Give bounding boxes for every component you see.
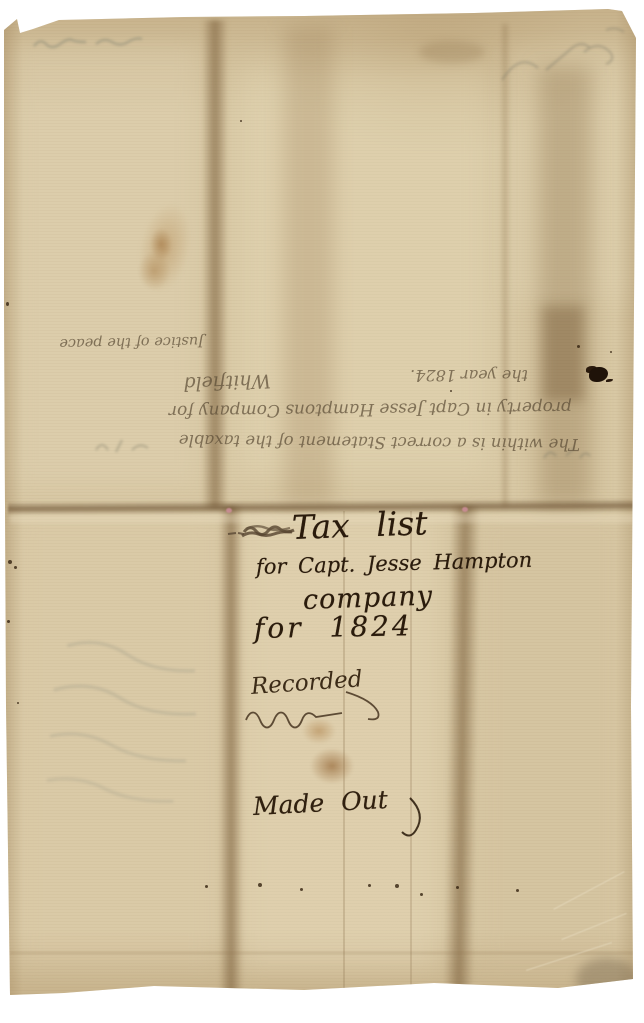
stain	[310, 748, 354, 784]
ink-speck	[368, 884, 371, 887]
ink-speck	[300, 888, 303, 891]
paper-sheet: The within is a correct Statement of the…	[4, 6, 638, 1000]
ink-speck	[205, 885, 208, 888]
ink-speck	[258, 883, 262, 887]
label-line-2: for Capt. Jesse Hampton	[256, 548, 533, 579]
ink-speck	[6, 302, 9, 306]
faint-ghost-writing	[488, 18, 638, 104]
fold-crease-horizontal	[10, 952, 634, 954]
stain	[131, 198, 199, 298]
crossed-out-word	[226, 518, 300, 546]
recorded-flourish	[242, 690, 392, 732]
faint-ghost-writing	[22, 605, 252, 850]
pink-fold-dot	[462, 507, 468, 512]
paper-shading	[479, 516, 624, 966]
ink-speck	[610, 351, 612, 353]
inverted-attestation-note: The within is a correct Statement of the…	[30, 300, 586, 454]
ink-speck	[17, 702, 19, 704]
ink-speck	[7, 620, 10, 623]
pink-fold-dot	[226, 508, 232, 513]
ink-speck	[395, 884, 399, 888]
smudge	[576, 958, 638, 1000]
crinkle-line	[553, 871, 624, 909]
crinkle-line	[561, 913, 626, 940]
stain	[138, 252, 170, 290]
made-out-flourish	[404, 796, 444, 842]
attestation-line-3: the year 1824.	[410, 366, 528, 385]
ink-speck	[516, 889, 519, 892]
attestation-title-line: Justice of the peace	[59, 333, 204, 352]
attestation-signature: Whitfield	[183, 369, 271, 394]
attestation-line-2: property in Capt Jesse Hamptons Company …	[169, 397, 572, 421]
scanned-document-page: The within is a correct Statement of the…	[0, 0, 644, 1023]
ink-speck	[8, 560, 12, 564]
ink-blot	[589, 367, 608, 382]
ink-speck	[14, 566, 17, 569]
faint-ghost-writing	[30, 28, 150, 58]
crinkle-line	[526, 942, 612, 971]
attestation-line-1: The within is a correct Statement of the…	[179, 431, 580, 454]
label-line-4: for 1824	[254, 609, 413, 645]
stain	[150, 228, 172, 260]
label-title: Tax list	[291, 503, 428, 547]
made-out-note: Made Out	[252, 785, 388, 821]
ink-speck	[420, 893, 423, 896]
smudge	[419, 41, 485, 63]
fold-crease-vertical	[444, 506, 481, 998]
ink-speck	[240, 120, 242, 122]
ink-speck	[456, 886, 459, 889]
